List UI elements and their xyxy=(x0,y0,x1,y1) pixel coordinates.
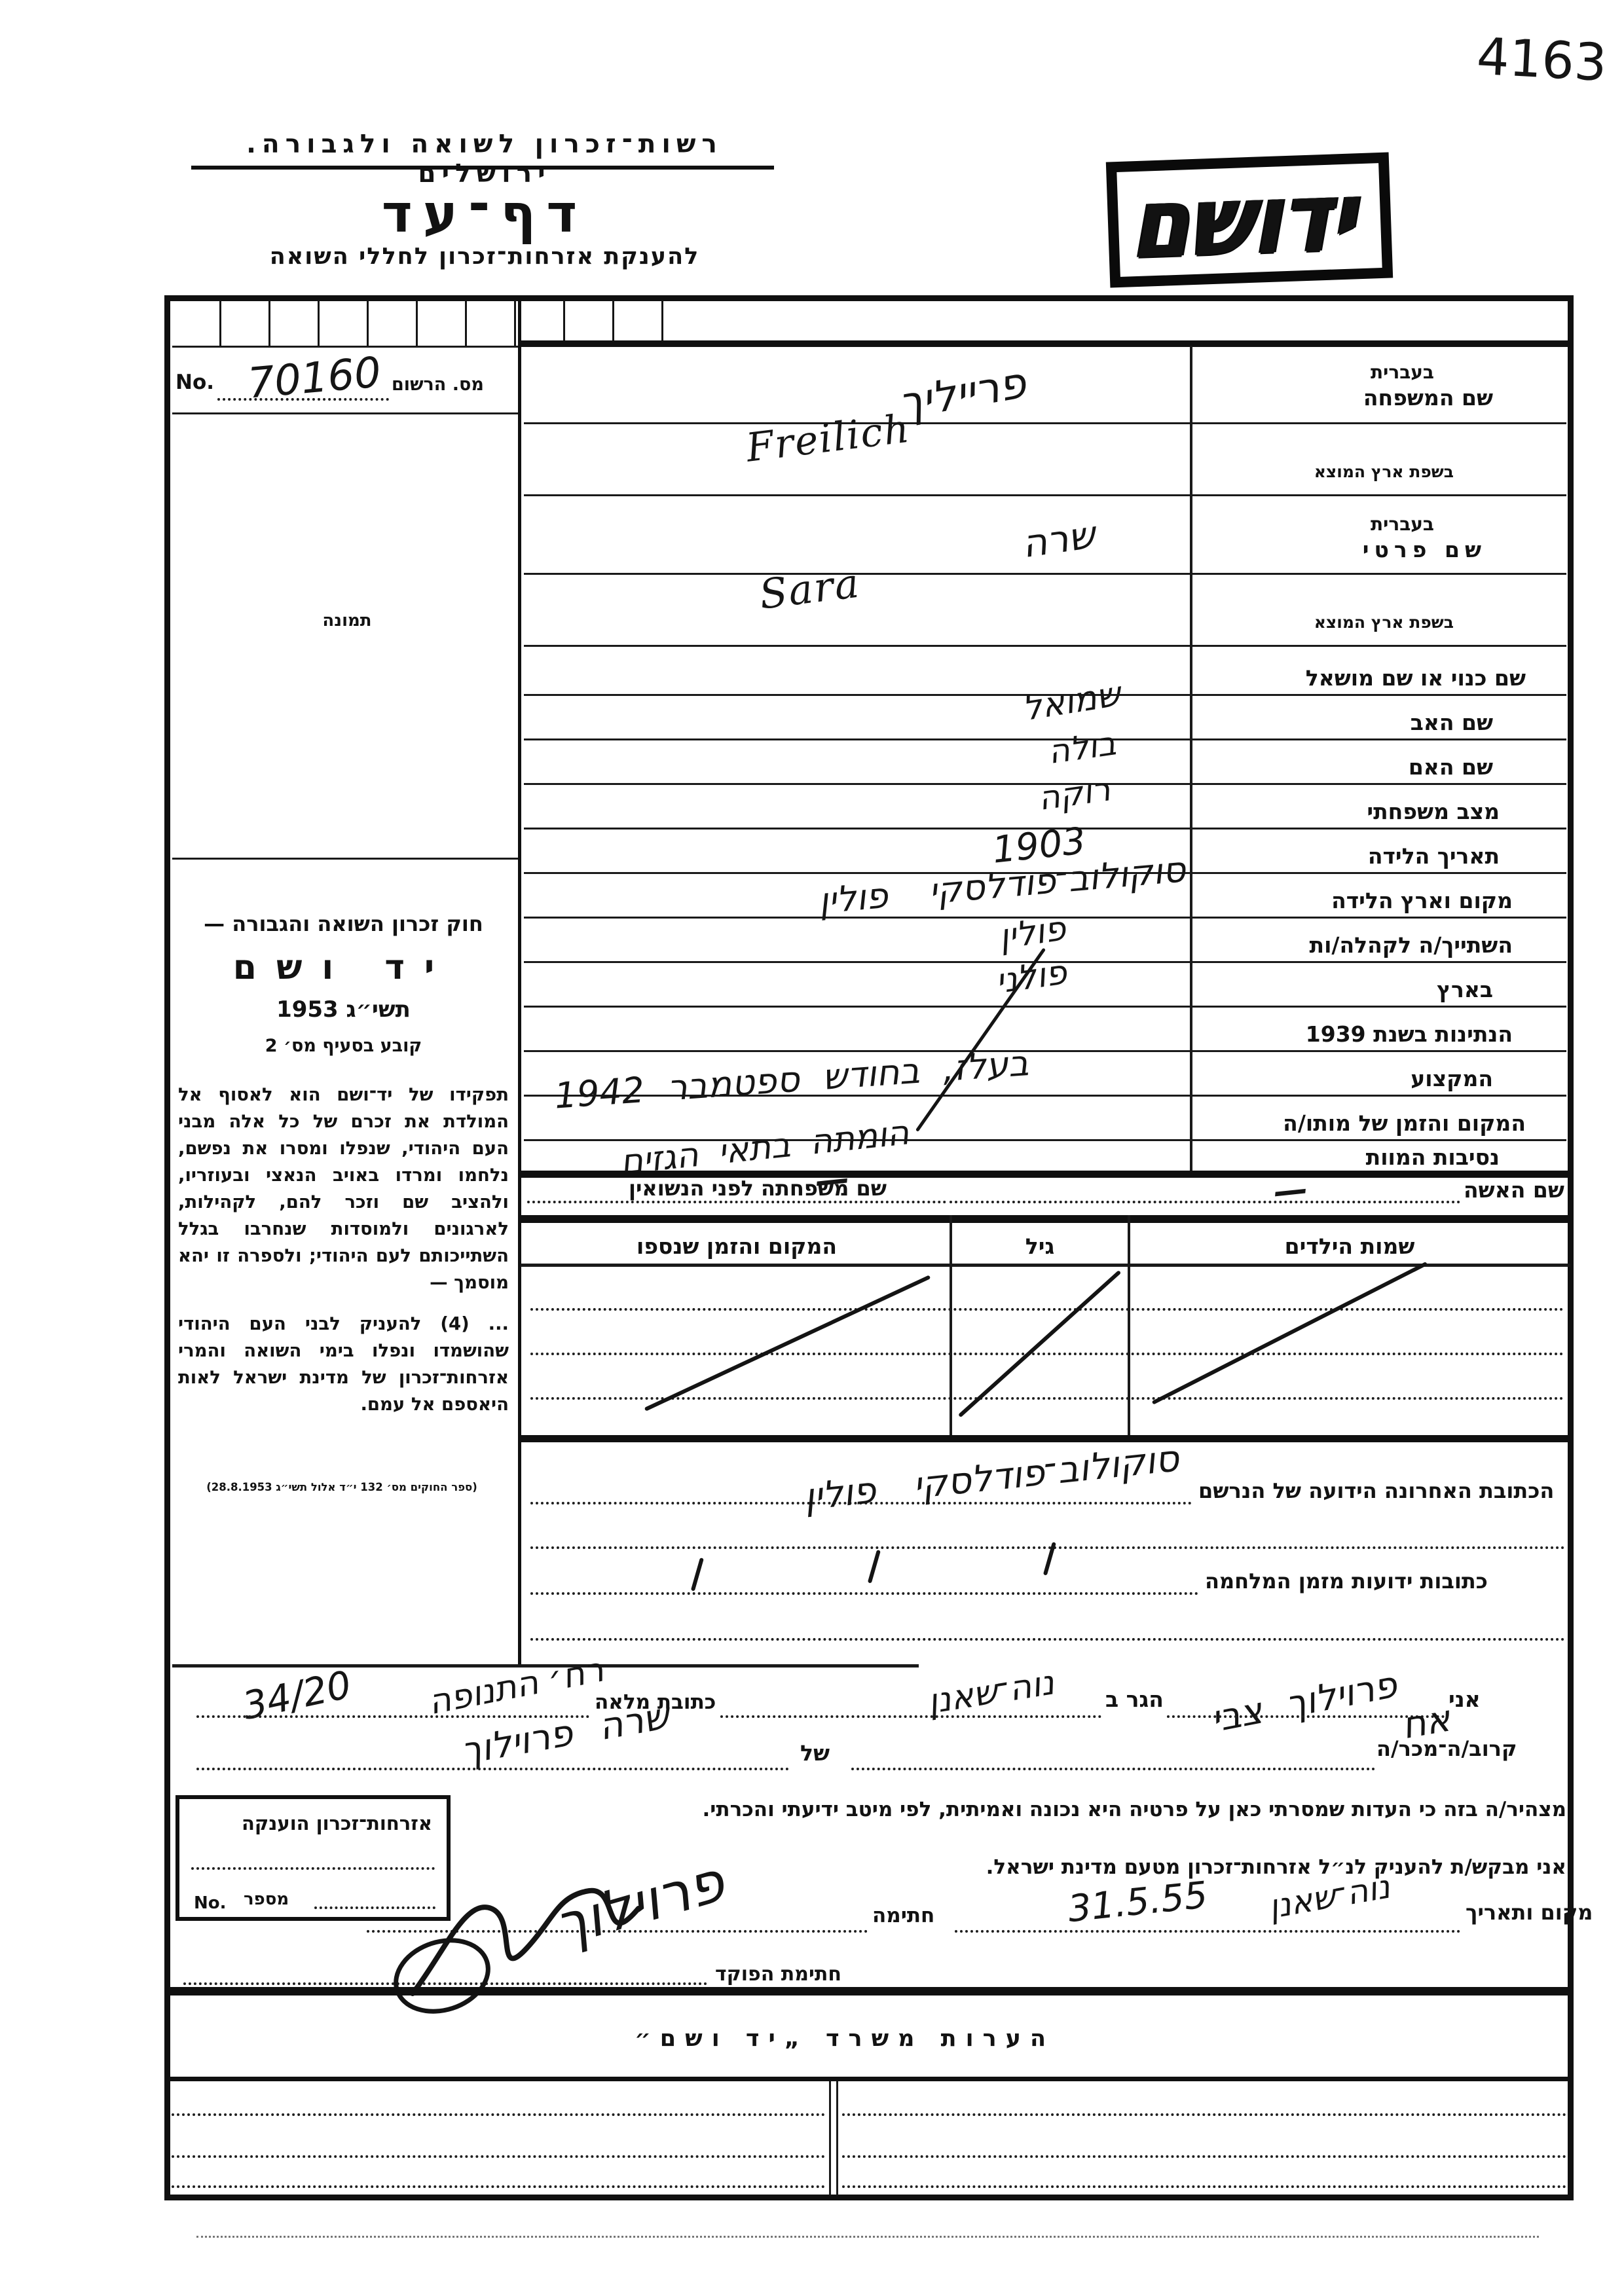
field-marital-label: מצב משפחתי xyxy=(1367,799,1500,824)
field-mother-label: שם האם xyxy=(1409,754,1493,780)
scan-artifact-line xyxy=(196,2236,1539,2238)
field-first-lang-label: בעברית xyxy=(1371,513,1434,535)
granted-box-dots xyxy=(191,1867,435,1870)
children-row-dots xyxy=(530,1353,1564,1355)
children-table-bottom-border xyxy=(521,1435,1570,1442)
resides-label: הגר ב xyxy=(1105,1686,1164,1712)
tick-divider xyxy=(563,300,565,346)
form-title: דף־עד xyxy=(275,183,694,244)
tick-divider xyxy=(661,300,663,346)
law-footnote: (ספר החוקים מס׳ 132 י״ד אלול תשי״ג 28.8.… xyxy=(172,1481,512,1493)
granted-number-en: No. xyxy=(194,1893,227,1913)
write-line xyxy=(524,645,1566,647)
official-signature-label: חתימת הפוקד xyxy=(715,1963,841,1986)
declaration-dots xyxy=(196,1715,589,1718)
last-address-label: הכתובת האחרונה הידועה של הנרשם xyxy=(1198,1478,1554,1503)
of-label: של xyxy=(800,1740,830,1766)
law-heading: חוק זכרון השואה והגבורה — xyxy=(178,911,509,936)
notes-center-divider xyxy=(829,2081,831,2195)
law-name: יד ושם xyxy=(178,948,509,987)
field-birth-place-label: מקום וארץ הלידה xyxy=(1331,888,1513,913)
address-continuation-dots xyxy=(530,1546,1565,1549)
notes-dots xyxy=(842,2185,1566,2188)
tick-divider xyxy=(514,300,516,346)
yad-vashem-logo: ידושם xyxy=(1106,153,1393,288)
field-nickname-label: שם כנוי או שם מושאל xyxy=(1306,665,1526,691)
tick-divider xyxy=(612,300,614,346)
place-date-dots xyxy=(955,1930,1460,1933)
children-row-dots xyxy=(530,1308,1564,1311)
notes-dots xyxy=(842,2113,1566,2116)
of-dots xyxy=(196,1768,789,1770)
granted-box-title: אזרחות־זכרון הוענקה xyxy=(196,1812,432,1834)
field-family-label: שם המשפחה xyxy=(1363,385,1493,410)
wife-name-label: שם האשה xyxy=(1464,1177,1564,1203)
field-first-label: שם פרטי xyxy=(1363,537,1486,562)
declaration-statement: מצהיר/ה בזה כי העדות שמסרתי כאן על פרטיה… xyxy=(445,1798,1566,1821)
maiden-name-dots xyxy=(950,1201,1460,1203)
law-paragraph-1: תפקידו של יד־ושם הוא לאסוף אל המולדת את … xyxy=(178,1082,509,1296)
notes-dots xyxy=(172,2113,825,2116)
children-table-top-border xyxy=(521,1215,1570,1223)
notes-top-border xyxy=(167,1987,1570,1995)
children-age-header: גיל xyxy=(952,1233,1128,1259)
notes-center-divider xyxy=(836,2081,838,2195)
law-year: תשי״ג 1953 xyxy=(178,996,509,1023)
write-line xyxy=(524,573,1566,575)
maiden-name-value: — xyxy=(813,1159,851,1201)
granted-number-he: מספר xyxy=(244,1889,289,1909)
relation-value: אח xyxy=(1398,1697,1453,1747)
field-family-origin-label: בשפת ארץ המוצא xyxy=(1314,462,1454,481)
yad-vashem-logo-text: ידושם xyxy=(1127,160,1371,280)
declaration-i-label: אני xyxy=(1449,1686,1481,1712)
write-line xyxy=(524,1006,1566,1008)
field-birth-date-label: תאריך הלידה xyxy=(1368,843,1500,869)
testimony-page-scan: 4163 רשות־זכרון לשואה ולגבורה. ירושלים ד… xyxy=(0,0,1624,2296)
law-clause: קובע בסעיף מס׳ 2 xyxy=(178,1036,509,1056)
declaration-request: אני מבקש/ת להעניק לנ״ל אזרחות־זכרון מטעם… xyxy=(845,1855,1566,1879)
relation-dots xyxy=(851,1768,1375,1770)
place-date-label: מקום ותאריך xyxy=(1466,1900,1593,1925)
law-paragraph-2: ... (4) להעניק לבני העם היהודי שהושמדו ו… xyxy=(178,1311,509,1418)
tick-divider xyxy=(416,300,418,346)
children-header-underline xyxy=(521,1264,1570,1267)
registration-no-en: No. xyxy=(175,371,214,394)
notes-dots xyxy=(172,2155,825,2158)
tick-divider xyxy=(367,300,369,346)
notes-dots xyxy=(172,2185,825,2188)
wife-name-dots xyxy=(527,1201,946,1203)
tick-divider xyxy=(219,300,221,346)
office-notes-title: הערות משרד „יד ושם״ xyxy=(583,2026,1107,2052)
wartime-addresses-dots xyxy=(530,1592,1198,1595)
fields-top-border xyxy=(521,340,1570,347)
field-death-place-label: המקום והזמן של מותו/ה xyxy=(1283,1110,1526,1136)
notes-title-underline xyxy=(167,2077,1570,2081)
field-country-label: בארץ xyxy=(1437,977,1493,1002)
wartime-continuation-dots xyxy=(530,1638,1565,1641)
tick-divider xyxy=(465,300,467,346)
field-profession-label: המקצוע xyxy=(1411,1066,1493,1091)
tick-divider xyxy=(318,300,320,346)
authority-underline xyxy=(191,166,774,170)
field-father-label: שם האב xyxy=(1411,710,1493,735)
sidebar-divider xyxy=(518,298,521,1666)
field-first-origin-label: בשפת ארץ המוצא xyxy=(1314,613,1454,632)
write-line xyxy=(524,494,1566,496)
wife-name-value: — xyxy=(1272,1169,1310,1212)
children-row-dots xyxy=(530,1397,1564,1400)
write-line xyxy=(524,738,1566,740)
children-names-header: שמות הילדים xyxy=(1130,1233,1569,1259)
form-subtitle: להענקת אזרחות־זכרון לחללי השואה xyxy=(255,244,714,270)
wartime-addresses-label: כתובות ידועות מזמן המלחמה xyxy=(1205,1569,1488,1594)
write-line xyxy=(524,422,1566,424)
children-place-header: המקום והזמן שנספו xyxy=(527,1233,946,1259)
field-community-label: השתייך/ה לקהלה/ות xyxy=(1310,932,1513,958)
field-citizenship-label: הנתינות בשנת 1939 xyxy=(1306,1021,1513,1047)
signature-label: חתימה xyxy=(872,1904,934,1927)
photo-bottom-line xyxy=(172,858,519,860)
tick-divider xyxy=(268,300,270,346)
declaration-dots xyxy=(720,1715,1101,1718)
notes-dots xyxy=(842,2155,1566,2158)
corner-number: 4163 xyxy=(1475,27,1608,93)
ticks-bottom-line xyxy=(172,346,521,348)
write-line xyxy=(524,1050,1566,1052)
photo-label: תמונה xyxy=(298,611,396,630)
granted-number-dots xyxy=(314,1906,435,1909)
field-death-circumstances-label: נסיבות המוות xyxy=(1366,1144,1500,1170)
registration-row-line xyxy=(172,412,521,414)
registration-no-he: מס. הרשום xyxy=(392,374,484,395)
field-family-lang-label: בעברית xyxy=(1371,361,1434,383)
authority-title: רשות־זכרון לשואה ולגבורה. ירושלים xyxy=(190,130,779,189)
